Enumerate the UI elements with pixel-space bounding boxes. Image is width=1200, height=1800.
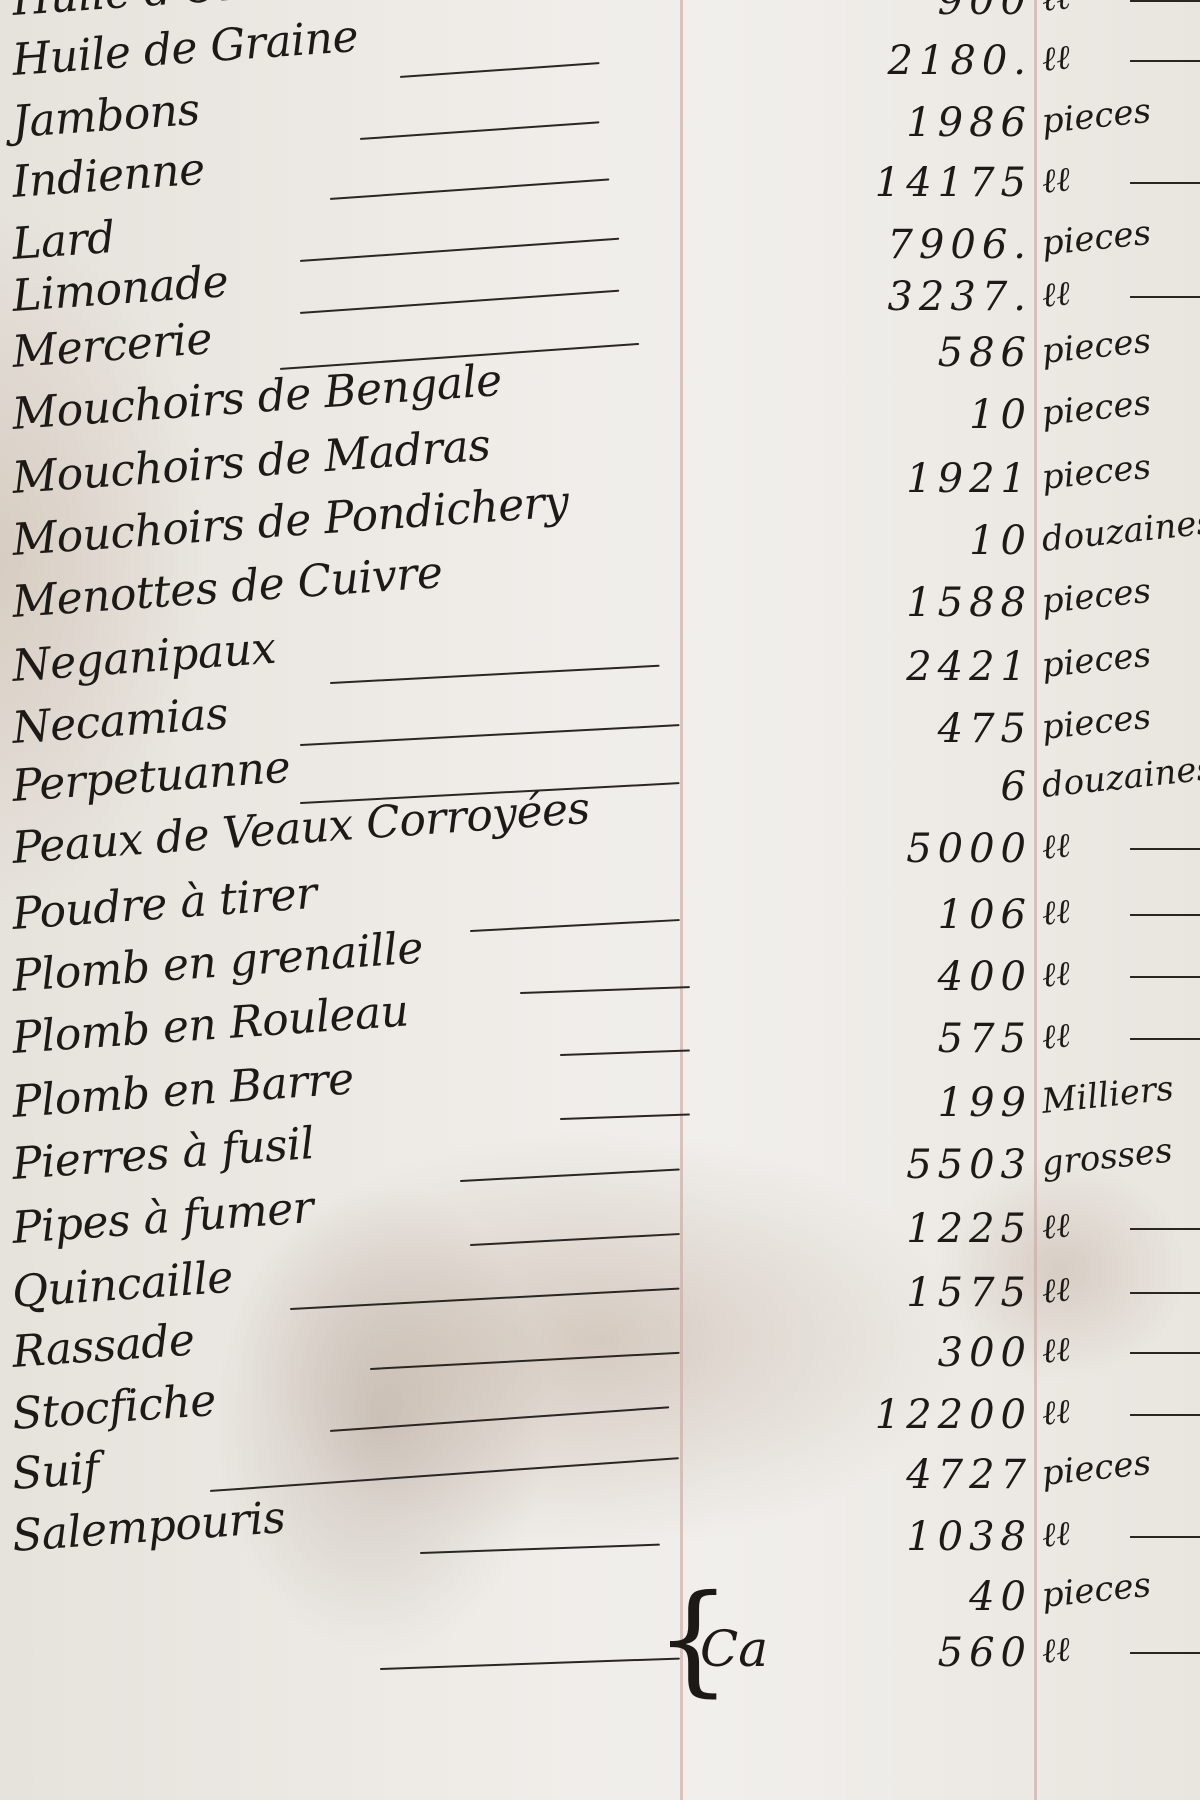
item-name: Indienne [10,144,206,208]
item-unit: grosses [1040,1131,1174,1184]
bracket-annotation: Ca [700,1620,768,1678]
ruled-line [300,238,619,262]
ledger-row: Quincaille1575ℓℓ [0,1262,1200,1322]
ledger-row: Jambons1986pieces [0,92,1200,152]
item-unit: douzaines [1040,748,1200,806]
trailing-dash [1130,1038,1200,1040]
item-quantity: 5503 [906,1142,1032,1188]
item-unit: ℓℓ [1040,1391,1072,1434]
ledger-row: Huile de Graine2180.ℓℓ [0,30,1200,90]
item-unit: pieces [1040,571,1153,622]
item-unit: ℓℓ [1040,1513,1072,1556]
trailing-dash [1130,296,1200,298]
item-quantity: 1986 [906,100,1032,146]
item-name: Lard [10,212,116,270]
trailing-dash [1130,1352,1200,1354]
item-unit: ℓℓ [1040,1629,1072,1672]
item-unit: pieces [1040,1443,1153,1494]
item-unit: ℓℓ [1040,1269,1072,1312]
trailing-dash [1130,914,1200,916]
ruled-line [330,178,609,200]
item-quantity: 40 [969,1574,1032,1620]
trailing-dash [1130,182,1200,184]
item-quantity: 400 [938,954,1032,1000]
ruled-line [420,1544,660,1554]
ledger-row: Pipes à fumer1225ℓℓ [0,1198,1200,1258]
ledger-row: Mercerie586pieces [0,322,1200,382]
ruled-line [370,1352,680,1370]
ledger-row: Plomb en grenaille400ℓℓ [0,946,1200,1006]
item-quantity: 10 [969,392,1032,438]
ledger-row: Menottes de Cuivre1588pieces [0,572,1200,632]
item-name: Mercerie [10,313,213,378]
item-name: Limonade [10,256,229,322]
ledger-row: Perpetuanne6douzaines [0,756,1200,816]
ledger-row: Plomb en Rouleau575ℓℓ [0,1008,1200,1068]
item-unit: pieces [1040,91,1153,142]
item-quantity: 1588 [906,580,1032,626]
item-unit: ℓℓ [1040,953,1072,996]
item-quantity: 106 [938,892,1032,938]
item-unit: pieces [1040,213,1153,264]
item-name: Rassade [10,1314,196,1378]
trailing-dash [1130,1536,1200,1538]
item-quantity: 1575 [906,1270,1032,1316]
ruled-line [400,62,600,78]
item-quantity: 7906. [887,222,1032,268]
item-quantity: 900 [938,0,1032,24]
ledger-row: Stocfiche12200ℓℓ [0,1384,1200,1444]
item-quantity: 1225 [906,1206,1032,1252]
item-name: Necamias [10,688,229,754]
ruled-line [300,724,680,746]
item-unit: ℓℓ [1040,273,1072,316]
ledger-row: 40pieces [0,1566,1200,1626]
item-quantity: 2180. [887,38,1032,84]
ledger-row: 560ℓℓ [0,1622,1200,1682]
item-quantity: 560 [938,1630,1032,1676]
ruled-line [460,1168,680,1182]
item-quantity: 10 [969,518,1032,564]
item-quantity: 6 [1001,764,1032,810]
ruled-line [560,1113,690,1120]
item-quantity: 199 [938,1080,1032,1126]
item-unit: ℓℓ [1040,891,1072,934]
item-unit: ℓℓ [1040,1015,1072,1058]
ruled-line [330,665,660,684]
trailing-dash [1130,1652,1200,1654]
ledger-row: Poudre à tirer106ℓℓ [0,884,1200,944]
item-unit: Milliers [1040,1068,1176,1122]
item-quantity: 1921 [906,456,1032,502]
item-unit: pieces [1040,697,1153,748]
ruled-line [560,1049,690,1056]
item-unit: ℓℓ [1040,1205,1072,1248]
ledger-row: Rassade300ℓℓ [0,1322,1200,1382]
item-quantity: 3237. [887,274,1032,320]
trailing-dash [1130,848,1200,850]
item-quantity: 1038 [906,1514,1032,1560]
item-name: Jambons [10,84,201,148]
item-unit: pieces [1040,321,1153,372]
item-unit: ℓℓ [1040,1329,1072,1372]
item-quantity: 5000 [906,826,1032,872]
trailing-dash [1130,1292,1200,1294]
item-unit: pieces [1040,447,1153,498]
item-name: Poudre à tirer [10,868,318,940]
item-quantity: 586 [938,330,1032,376]
ruled-line [380,1658,680,1670]
item-name: Neganipaux [10,623,277,692]
item-unit: ℓℓ [1040,0,1072,20]
ruled-line [210,1457,679,1492]
item-unit: pieces [1040,635,1153,686]
item-name: Suif [10,1443,100,1500]
ledger-row: Indienne14175ℓℓ [0,152,1200,212]
ledger-row: Suif4727pieces [0,1444,1200,1504]
ruled-line [300,290,619,314]
ruled-line [330,1406,669,1432]
ruled-line [360,121,600,140]
trailing-dash [1130,1414,1200,1416]
item-unit: pieces [1040,1565,1153,1616]
ledger-row: Mouchoirs de Madras1921pieces [0,448,1200,508]
ledger-row: Peaux de Veaux Corroyées5000ℓℓ [0,818,1200,878]
item-unit: ℓℓ [1040,825,1072,868]
ledger-row: Neganipaux2421pieces [0,636,1200,696]
item-unit: pieces [1040,383,1153,434]
item-quantity: 4727 [906,1452,1032,1498]
trailing-dash [1130,60,1200,62]
ledger-row: Mouchoirs de Pondichery10douzaines [0,510,1200,570]
item-quantity: 300 [938,1330,1032,1376]
ruled-line [470,919,680,932]
item-name: Stocfiche [10,1375,217,1440]
item-quantity: 475 [938,706,1032,752]
ledger-row: Pierres à fusil5503grosses [0,1134,1200,1194]
item-unit: ℓℓ [1040,37,1072,80]
trailing-dash [1130,976,1200,978]
ruled-line [290,1288,680,1310]
ledger-row: Salempouris1038ℓℓ [0,1506,1200,1566]
item-unit: ℓℓ [1040,159,1072,202]
ruled-line [470,1233,680,1246]
ruled-line [520,986,690,994]
item-name: Quincaille [10,1252,234,1318]
item-quantity: 575 [938,1016,1032,1062]
item-unit: douzaines [1040,502,1200,560]
trailing-dash [1130,0,1200,2]
trailing-dash [1130,1228,1200,1230]
item-quantity: 2421 [906,644,1032,690]
manuscript-page: Huile d'Olive900ℓℓHuile de Graine2180.ℓℓ… [0,0,1200,1800]
item-quantity: 14175 [875,160,1032,206]
item-quantity: 12200 [875,1392,1032,1438]
ledger-row: Mouchoirs de Bengale10pieces [0,384,1200,444]
ledger-row: Plomb en Barre199Milliers [0,1072,1200,1132]
